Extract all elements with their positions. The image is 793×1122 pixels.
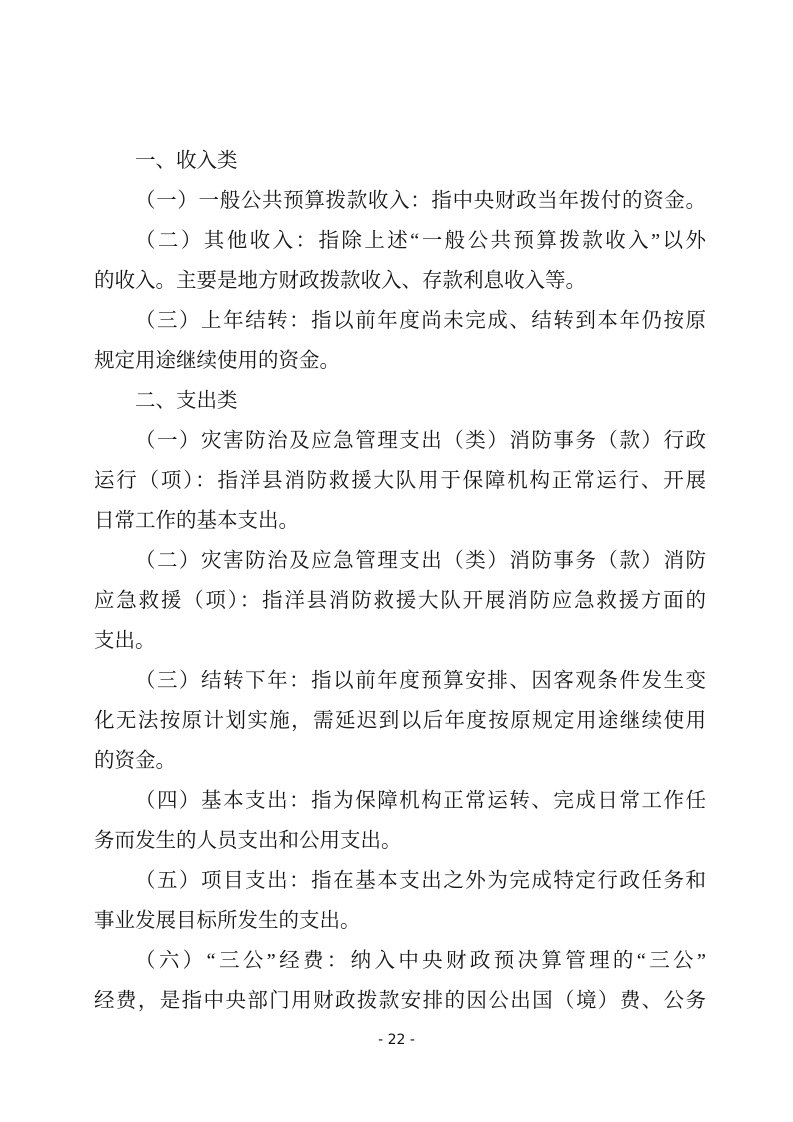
- document-page: 一、收入类 （一）一般公共预算拨款收入：指中央财政当年拨付的资金。 （二）其他收…: [0, 0, 793, 1122]
- paragraph-line: 经费，是指中央部门用财政拨款安排的因公出国（境）费、公务: [94, 981, 706, 1021]
- paragraph-line: 规定用途继续使用的资金。: [94, 341, 706, 381]
- paragraph-line: 的资金。: [94, 741, 706, 781]
- paragraph-line: （五）项目支出：指在基本支出之外为完成特定行政任务和: [94, 861, 706, 901]
- paragraph-line: （三）上年结转：指以前年度尚未完成、结转到本年仍按原: [94, 301, 706, 341]
- paragraph-line: 的收入。主要是地方财政拨款收入、存款利息收入等。: [94, 261, 706, 301]
- paragraph-line: （一）灾害防治及应急管理支出（类）消防事务（款）行政: [94, 421, 706, 461]
- paragraph-line: 运行（项）：指洋县消防救援大队用于保障机构正常运行、开展: [94, 461, 706, 501]
- section-heading-income: 一、收入类: [94, 141, 706, 181]
- paragraph-line: 日常工作的基本支出。: [94, 501, 706, 541]
- paragraph-line: （六）“三公”经费：纳入中央财政预决算管理的“三公”: [94, 941, 706, 981]
- paragraph-line: （四）基本支出：指为保障机构正常运转、完成日常工作任: [94, 781, 706, 821]
- section-heading-expenditure: 二、支出类: [94, 381, 706, 421]
- document-body: 一、收入类 （一）一般公共预算拨款收入：指中央财政当年拨付的资金。 （二）其他收…: [94, 141, 706, 1021]
- paragraph-line: （一）一般公共预算拨款收入：指中央财政当年拨付的资金。: [94, 181, 706, 221]
- paragraph-line: 支出。: [94, 621, 706, 661]
- paragraph-line: 应急救援（项）：指洋县消防救援大队开展消防应急救援方面的: [94, 581, 706, 621]
- paragraph-line: 务而发生的人员支出和公用支出。: [94, 821, 706, 861]
- paragraph-line: 化无法按原计划实施，需延迟到以后年度按原规定用途继续使用: [94, 701, 706, 741]
- paragraph-line: （三）结转下年：指以前年度预算安排、因客观条件发生变: [94, 661, 706, 701]
- paragraph-line: （二）灾害防治及应急管理支出（类）消防事务（款）消防: [94, 541, 706, 581]
- paragraph-line: （二）其他收入：指除上述“一般公共预算拨款收入”以外: [94, 221, 706, 261]
- paragraph-line: 事业发展目标所发生的支出。: [94, 901, 706, 941]
- page-number: - 22 -: [0, 1026, 793, 1054]
